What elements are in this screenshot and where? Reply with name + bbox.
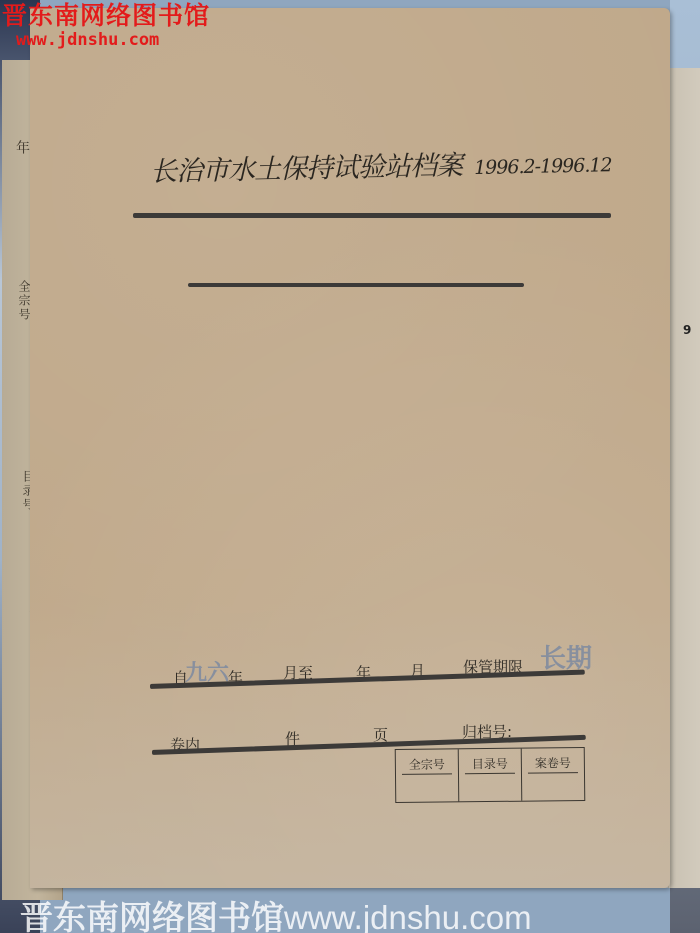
handwritten-title: 长治市水土保持试验站档案 [150,150,463,188]
folder-stack-right: 9 [668,68,700,888]
spine-label-year: 年 [12,140,32,156]
watermark-top-name: 晋东南网络图书馆 [2,2,210,30]
title-rule-2 [188,283,524,287]
watermark-top: 晋东南网络图书馆 www.jdnshu.com [2,2,210,50]
handwritten-dates: 1996.2-1996.12 [474,154,612,179]
watermark-bottom-url: www.jdnshu.com [284,899,532,933]
table-col-catalog: 目录号 [459,749,523,802]
watermark-bottom: 晋东南网络图书馆www.jdnshu.com [20,892,532,933]
table-col-fonds: 全宗号 [396,749,460,802]
table-col-file: 案卷号 [522,748,585,801]
header-fonds-no: 全宗号 [409,757,445,771]
watermark-top-url: www.jdnshu.com [2,30,210,50]
watermark-bottom-name: 晋东南网络图书馆 [20,898,284,933]
title-rule-1 [133,213,611,218]
archive-number-table: 全宗号 目录号 案卷号 [395,747,586,803]
edge-mark: 9 [683,323,691,337]
header-file-no: 案卷号 [535,756,571,770]
header-catalog-no: 目录号 [472,757,508,771]
